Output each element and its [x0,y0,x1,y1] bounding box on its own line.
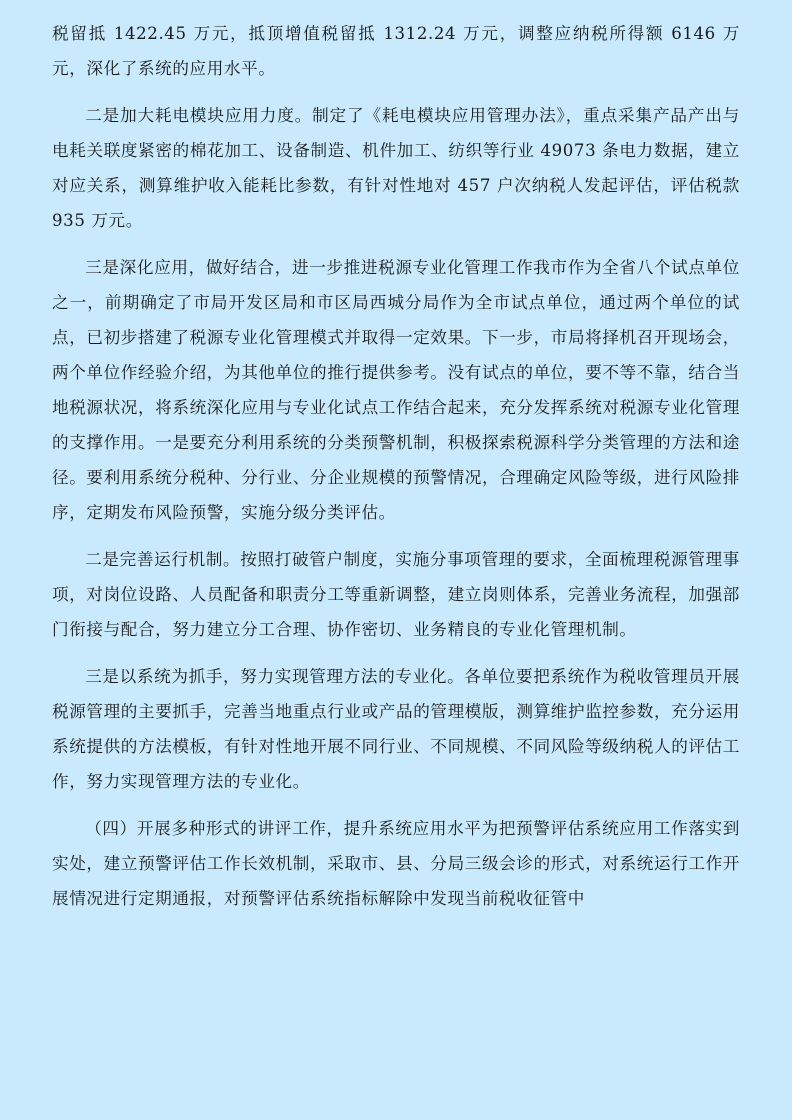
paragraph-power-module: 二是加大耗电模块应用力度。制定了《耗电模块应用管理办法》，重点采集产品产出与电耗… [52,98,740,238]
document-page: 税留抵 1422.45 万元，抵顶增值税留抵 1312.24 万元，调整应纳税所… [0,0,792,1120]
paragraph-operation-mechanism: 二是完善运行机制。按照打破管户制度，实施分事项管理的要求，全面梳理税源管理事项，… [52,542,740,647]
paragraph-deepen-application: 三是深化应用，做好结合，进一步推进税源专业化管理工作我市作为全省八个试点单位之一… [52,250,740,530]
paragraph-continuation: 税留抵 1422.45 万元，抵顶增值税留抵 1312.24 万元，调整应纳税所… [52,16,740,86]
paragraph-system-lever: 三是以系统为抓手，努力实现管理方法的专业化。各单位要把系统作为税收管理员开展税源… [52,659,740,799]
paragraph-section-four: （四）开展多种形式的讲评工作，提升系统应用水平为把预警评估系统应用工作落实到实处… [52,811,740,916]
